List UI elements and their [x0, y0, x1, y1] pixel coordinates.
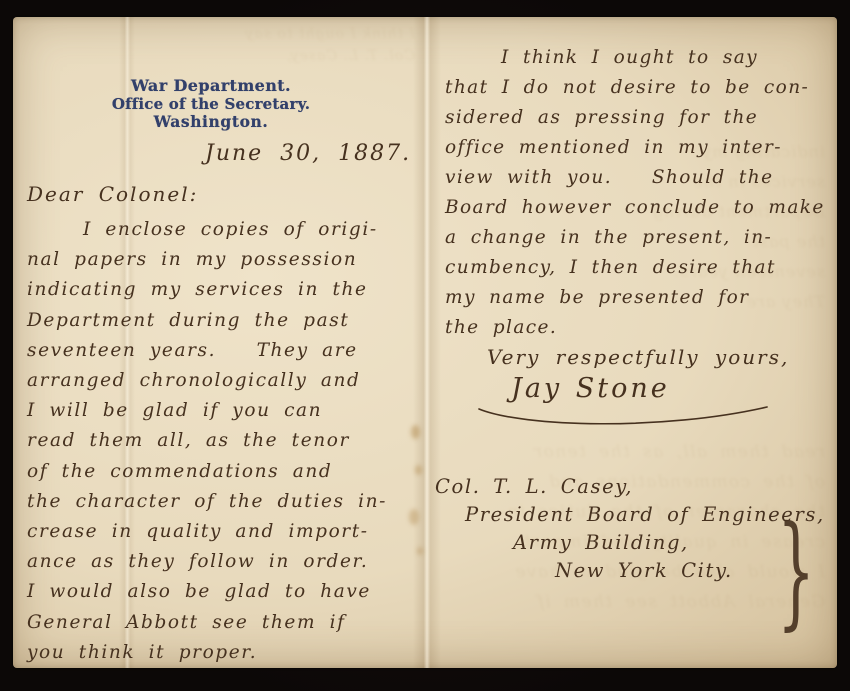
bleed-through-text: I think I ought to say Col. T. L. Casey,: [183, 23, 415, 67]
letter-line: ance as they follow in order.: [27, 547, 419, 577]
page-right: indicating my services in the Department…: [425, 17, 837, 668]
date-line: June 30, 1887.: [205, 141, 411, 166]
letter-line: Board however conclude to make: [445, 193, 831, 223]
letter-line: that I do not desire to be con-: [445, 73, 831, 103]
letter-paper: I think I ought to say Col. T. L. Casey,…: [13, 17, 837, 668]
recipient-line: Col. T. L. Casey,: [435, 473, 825, 501]
letter-line: my name be presented for: [445, 283, 831, 313]
salutation: Dear Colonel:: [27, 182, 198, 206]
address-brace: }: [777, 501, 815, 644]
signature: Jay Stone: [511, 373, 670, 404]
photo-background: I think I ought to say Col. T. L. Casey,…: [0, 0, 850, 691]
letter-line: the place.: [445, 313, 831, 343]
letter-line: General Abbott see them if: [27, 608, 419, 638]
letter-line: indicating my services in the: [27, 275, 419, 305]
recipient-block: Col. T. L. Casey, President Board of Eng…: [435, 473, 825, 585]
letter-line: sidered as pressing for the: [445, 103, 831, 133]
letterhead-line3: Washington.: [91, 113, 331, 131]
letter-line: Department during the past: [27, 306, 419, 336]
letter-line: view with you. Should the: [445, 163, 831, 193]
letter-line: I will be glad if you can: [27, 396, 419, 426]
letter-line: I would also be glad to have: [27, 577, 419, 607]
letter-body-left: I enclose copies of origi- nal papers in…: [27, 215, 419, 668]
letterhead: War Department. Office of the Secretary.…: [91, 77, 331, 131]
recipient-line: President Board of Engineers,: [465, 501, 825, 529]
letter-line: cumbency, I then desire that: [445, 253, 831, 283]
letter-line: of the commendations and: [27, 457, 419, 487]
letter-line: nal papers in my possession: [27, 245, 419, 275]
letter-line: you think it proper.: [27, 638, 419, 668]
letter-line: office mentioned in my inter-: [445, 133, 831, 163]
closing-line: Very respectfully yours,: [487, 345, 789, 369]
letter-line: crease in quality and import-: [27, 517, 419, 547]
letter-line: read them all, as the tenor: [27, 426, 419, 456]
letter-line: arranged chronologically and: [27, 366, 419, 396]
letter-line: a change in the present, in-: [445, 223, 831, 253]
letter-line: seventeen years. They are: [27, 336, 419, 366]
letter-line: I think I ought to say: [445, 43, 831, 73]
page-left: I think I ought to say Col. T. L. Casey,…: [13, 17, 425, 668]
letter-line: I enclose copies of origi-: [27, 215, 419, 245]
signature-flourish: [473, 401, 773, 431]
letterhead-line2: Office of the Secretary.: [91, 95, 331, 113]
letterhead-line1: War Department.: [91, 77, 331, 95]
letter-line: the character of the duties in-: [27, 487, 419, 517]
letter-body-right: I think I ought to say that I do not des…: [445, 43, 831, 343]
